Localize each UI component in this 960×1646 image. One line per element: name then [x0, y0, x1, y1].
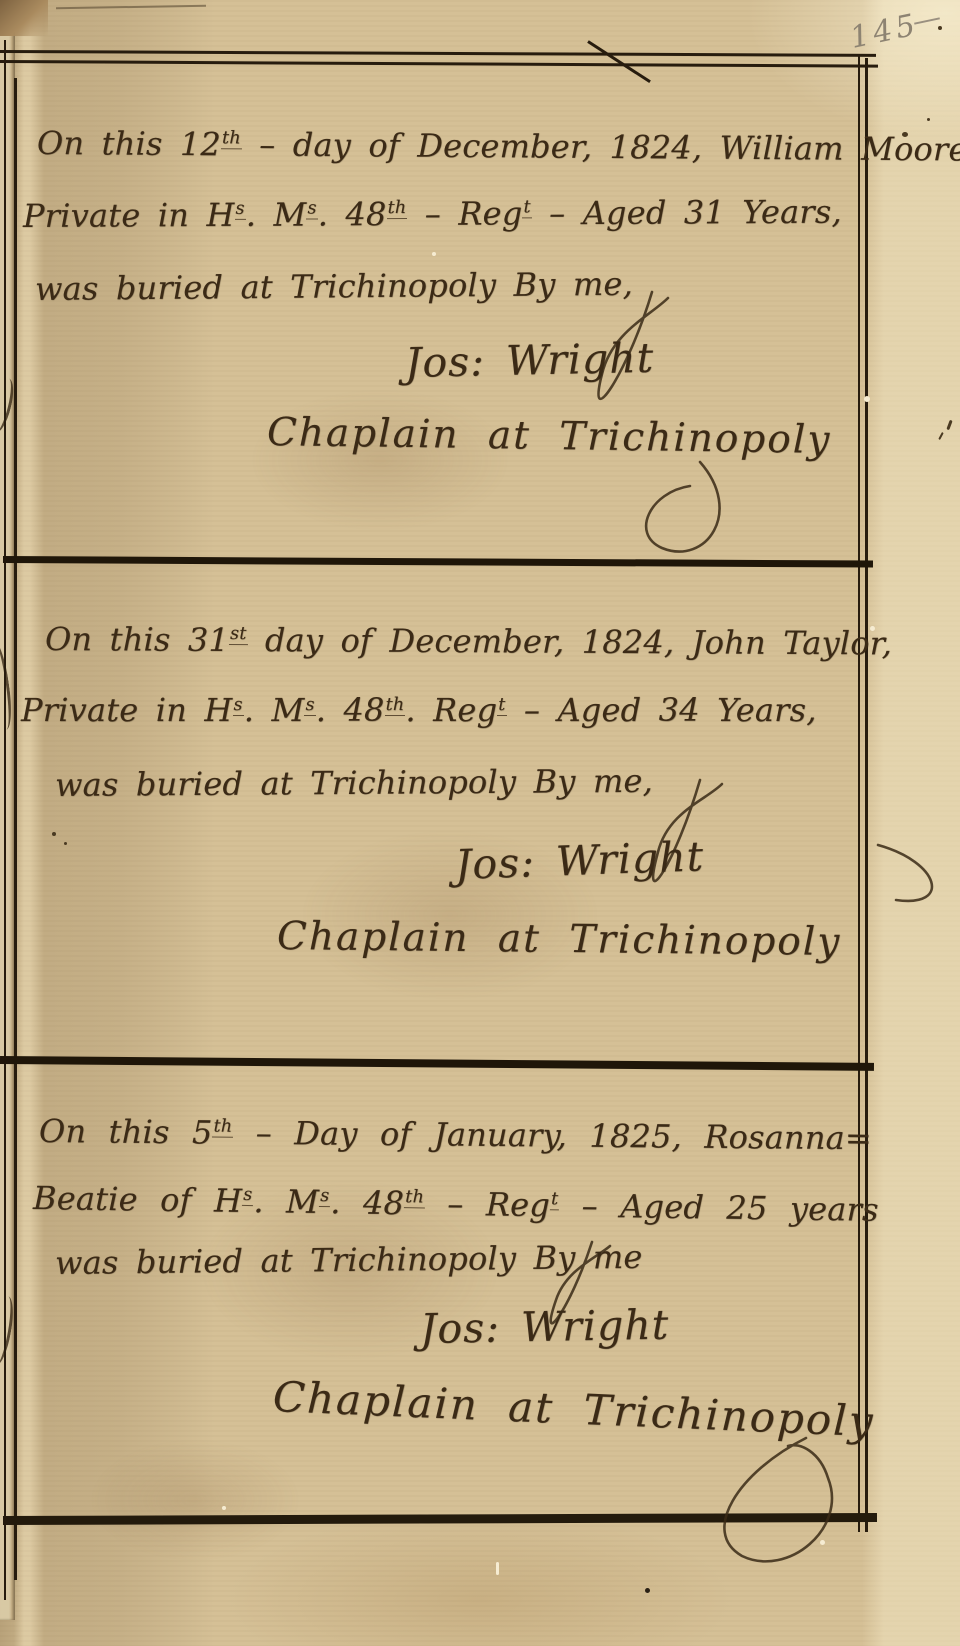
- paper-speck: [820, 1540, 825, 1545]
- frame-top-rule: [0, 50, 876, 57]
- signature: Jos: Wright: [420, 1294, 869, 1357]
- folio-number: 145: [847, 7, 922, 56]
- signature: Jos: Wright: [404, 326, 868, 391]
- folio-number-dash: [914, 17, 940, 24]
- top-edge-hairline: [56, 5, 206, 10]
- paper-speck: [222, 1506, 226, 1510]
- frame-top-rule: [0, 60, 878, 68]
- entry-line: was buried at Trichinopoly By me,: [55, 759, 868, 808]
- entry-divider-rule: [3, 556, 873, 568]
- entry-line: On this 12th – day of December, 1824, Wi…: [37, 122, 868, 171]
- ink-speck: [938, 26, 942, 30]
- frame-bottom-rule: [3, 1513, 877, 1525]
- paper-speck: [864, 396, 870, 402]
- register-page-paper: 145 On this 12th – day of December, 1824…: [0, 0, 960, 1646]
- entry-line: was buried at Trichinopoly By me,: [35, 261, 868, 311]
- signature-title: Chaplain at Trichinopoly: [267, 407, 869, 468]
- scanned-register-page: { "document": { "kind": "burial-register…: [0, 0, 960, 1646]
- paper-speck: [496, 1562, 499, 1575]
- signature-title: Chaplain at Trichinopoly: [272, 1369, 869, 1451]
- paper-speck: [870, 626, 875, 631]
- burial-entry: On this 12th – day of December, 1824, Wi…: [15, 70, 868, 460]
- ink-speck: [946, 420, 952, 430]
- frame-left-rule: [4, 40, 6, 1600]
- signature: Jos: Wright: [454, 823, 869, 893]
- paper-speck: [432, 252, 436, 256]
- page-corner-shadow: [0, 0, 48, 36]
- ink-speck: [645, 1588, 650, 1593]
- entry-line: was buried at Trichinopoly By me: [55, 1234, 868, 1286]
- entry-line: On this 5th – Day of January, 1825, Rosa…: [39, 1110, 868, 1160]
- burial-entry: On this 31st day of December, 1824, John…: [15, 572, 868, 964]
- entry-line: Private in Hs. Ms. 48th – Regt – Aged 31…: [23, 191, 868, 239]
- entry-line: On this 31st day of December, 1824, John…: [45, 618, 868, 665]
- ink-speck: [938, 432, 944, 440]
- ink-speck: [52, 832, 56, 836]
- entry-divider-rule: [0, 1056, 874, 1071]
- entry-line: Private in Hs. Ms. 48th. Regt – Aged 34 …: [21, 689, 868, 732]
- entry-line: Beatie of Hs. Ms. 48th – Regt – Aged 25 …: [33, 1177, 869, 1232]
- underlying-page-sliver: [0, 0, 15, 1620]
- ink-speck: [902, 132, 908, 137]
- ink-speck: [64, 842, 67, 845]
- ink-speck: [927, 118, 930, 121]
- ink-bleedthrough-smudge: [90, 1440, 300, 1560]
- burial-entry: On this 5th – Day of January, 1825, Rosa…: [15, 1078, 868, 1426]
- signature-title: Chaplain at Trichinopoly: [277, 911, 869, 970]
